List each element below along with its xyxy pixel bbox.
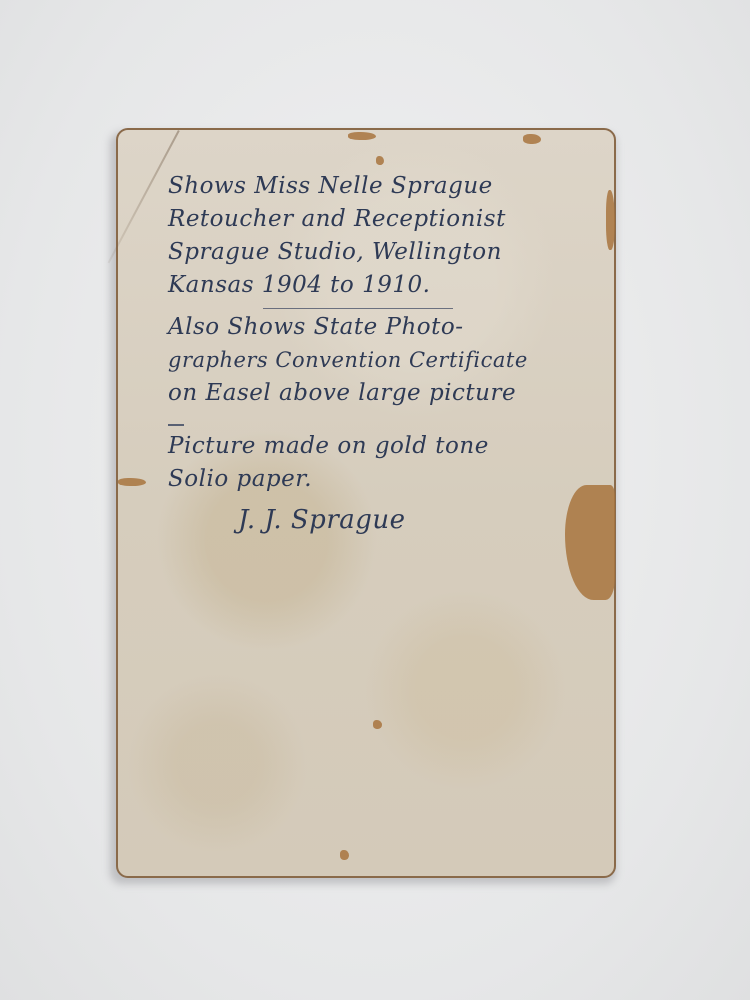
signature: J. J. Sprague: [238, 504, 608, 537]
stain-top-dot: [376, 156, 384, 165]
note-line: Also Shows State Photo-: [168, 311, 608, 344]
note-line: graphers Convention Certificate: [168, 344, 608, 377]
note-line: Kansas 1904 to 1910.: [168, 269, 608, 302]
handwritten-card: Shows Miss Nelle Sprague Retoucher and R…: [116, 128, 616, 878]
stain-bottom-dot: [340, 850, 349, 860]
note-line: Solio paper.: [168, 463, 608, 496]
handwritten-note: Shows Miss Nelle Sprague Retoucher and R…: [168, 170, 608, 537]
note-line: Shows Miss Nelle Sprague: [168, 170, 608, 203]
stain-spot: [373, 720, 382, 729]
stain-top: [348, 132, 376, 140]
separator-dash: [168, 424, 184, 426]
separator-rule: [263, 308, 453, 309]
note-line: Retoucher and Receptionist: [168, 203, 608, 236]
stain-left-edge: [118, 478, 146, 486]
note-line: on Easel above large picture: [168, 377, 608, 410]
stain-top-right: [523, 134, 541, 144]
note-line: Picture made on gold tone: [168, 430, 608, 463]
note-line: Sprague Studio, Wellington: [168, 236, 608, 269]
